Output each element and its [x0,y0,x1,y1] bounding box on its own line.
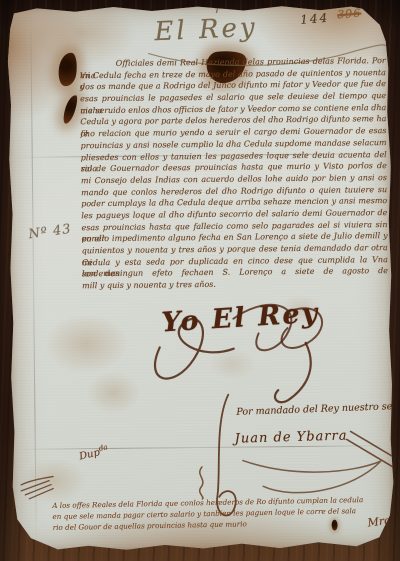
document-heading: El Rey [154,13,258,48]
docket-paraph-mark [193,465,211,501]
duplicate-note-superscript: da [98,443,108,453]
burn-stain-left [57,51,79,87]
left-margin-paraph-mark [19,473,55,499]
docket-summary-block: A los offes Reales dela Florida que conl… [52,494,391,533]
manuscript-photo: ✝ El Rey 144 396 Nº 43 Officiales demi R… [0,0,400,561]
cancelled-folio-number: 396 [337,6,362,21]
burn-stain-left-crescent [61,94,79,126]
bottom-right-abbreviation-mark: Mro [367,514,391,530]
vertical-fold-crease [30,12,37,546]
duplicate-note-base: Dup [78,447,101,462]
margin-number: Nº 43 [28,222,73,243]
body-text-block: Officiales demi Real Hazienda delas prou… [80,55,388,292]
duplicate-note: Dupda [78,443,110,462]
manuscript-paper: ✝ El Rey 144 396 Nº 43 Officiales demi R… [6,3,395,552]
folio-number: 144 [300,11,330,27]
